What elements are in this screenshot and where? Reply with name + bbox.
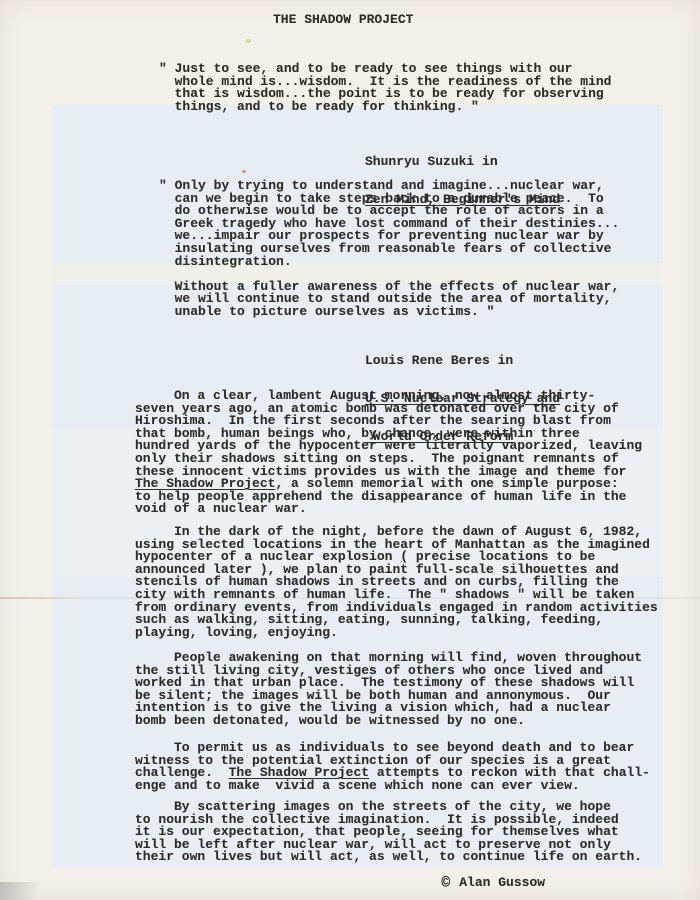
quote-suzuki: " Just to see, and to be ready to see th… xyxy=(159,63,611,113)
paper-speck xyxy=(246,39,251,43)
quote-beres: " Only by trying to understand and imagi… xyxy=(159,180,619,319)
document-title: THE SHADOW PROJECT xyxy=(273,14,413,27)
scanned-typewritten-page: THE SHADOW PROJECT " Just to see, and to… xyxy=(0,0,700,900)
copyright-name: Alan Gussow xyxy=(459,875,545,890)
body-paragraph-scattering: By scattering images on the streets of t… xyxy=(135,801,642,864)
body-paragraph-plan: In the dark of the night, before the daw… xyxy=(135,526,658,639)
paper-speck xyxy=(242,170,246,173)
attribution-beres-name: Louis Rene Beres in xyxy=(365,355,560,368)
body-paragraph-hiroshima: On a clear, lambent August morning, now … xyxy=(135,390,642,516)
bottom-left-shadow xyxy=(0,882,52,900)
body-paragraph-awakening: People awakening on that morning will fi… xyxy=(135,652,642,728)
copyright-line: ©Alan Gussow xyxy=(410,864,545,900)
body-paragraph-challenge: To permit us as individuals to see beyon… xyxy=(135,742,650,792)
attribution-suzuki-name: Shunryu Suzuki in xyxy=(365,156,560,169)
copyright-icon: © xyxy=(441,878,450,891)
